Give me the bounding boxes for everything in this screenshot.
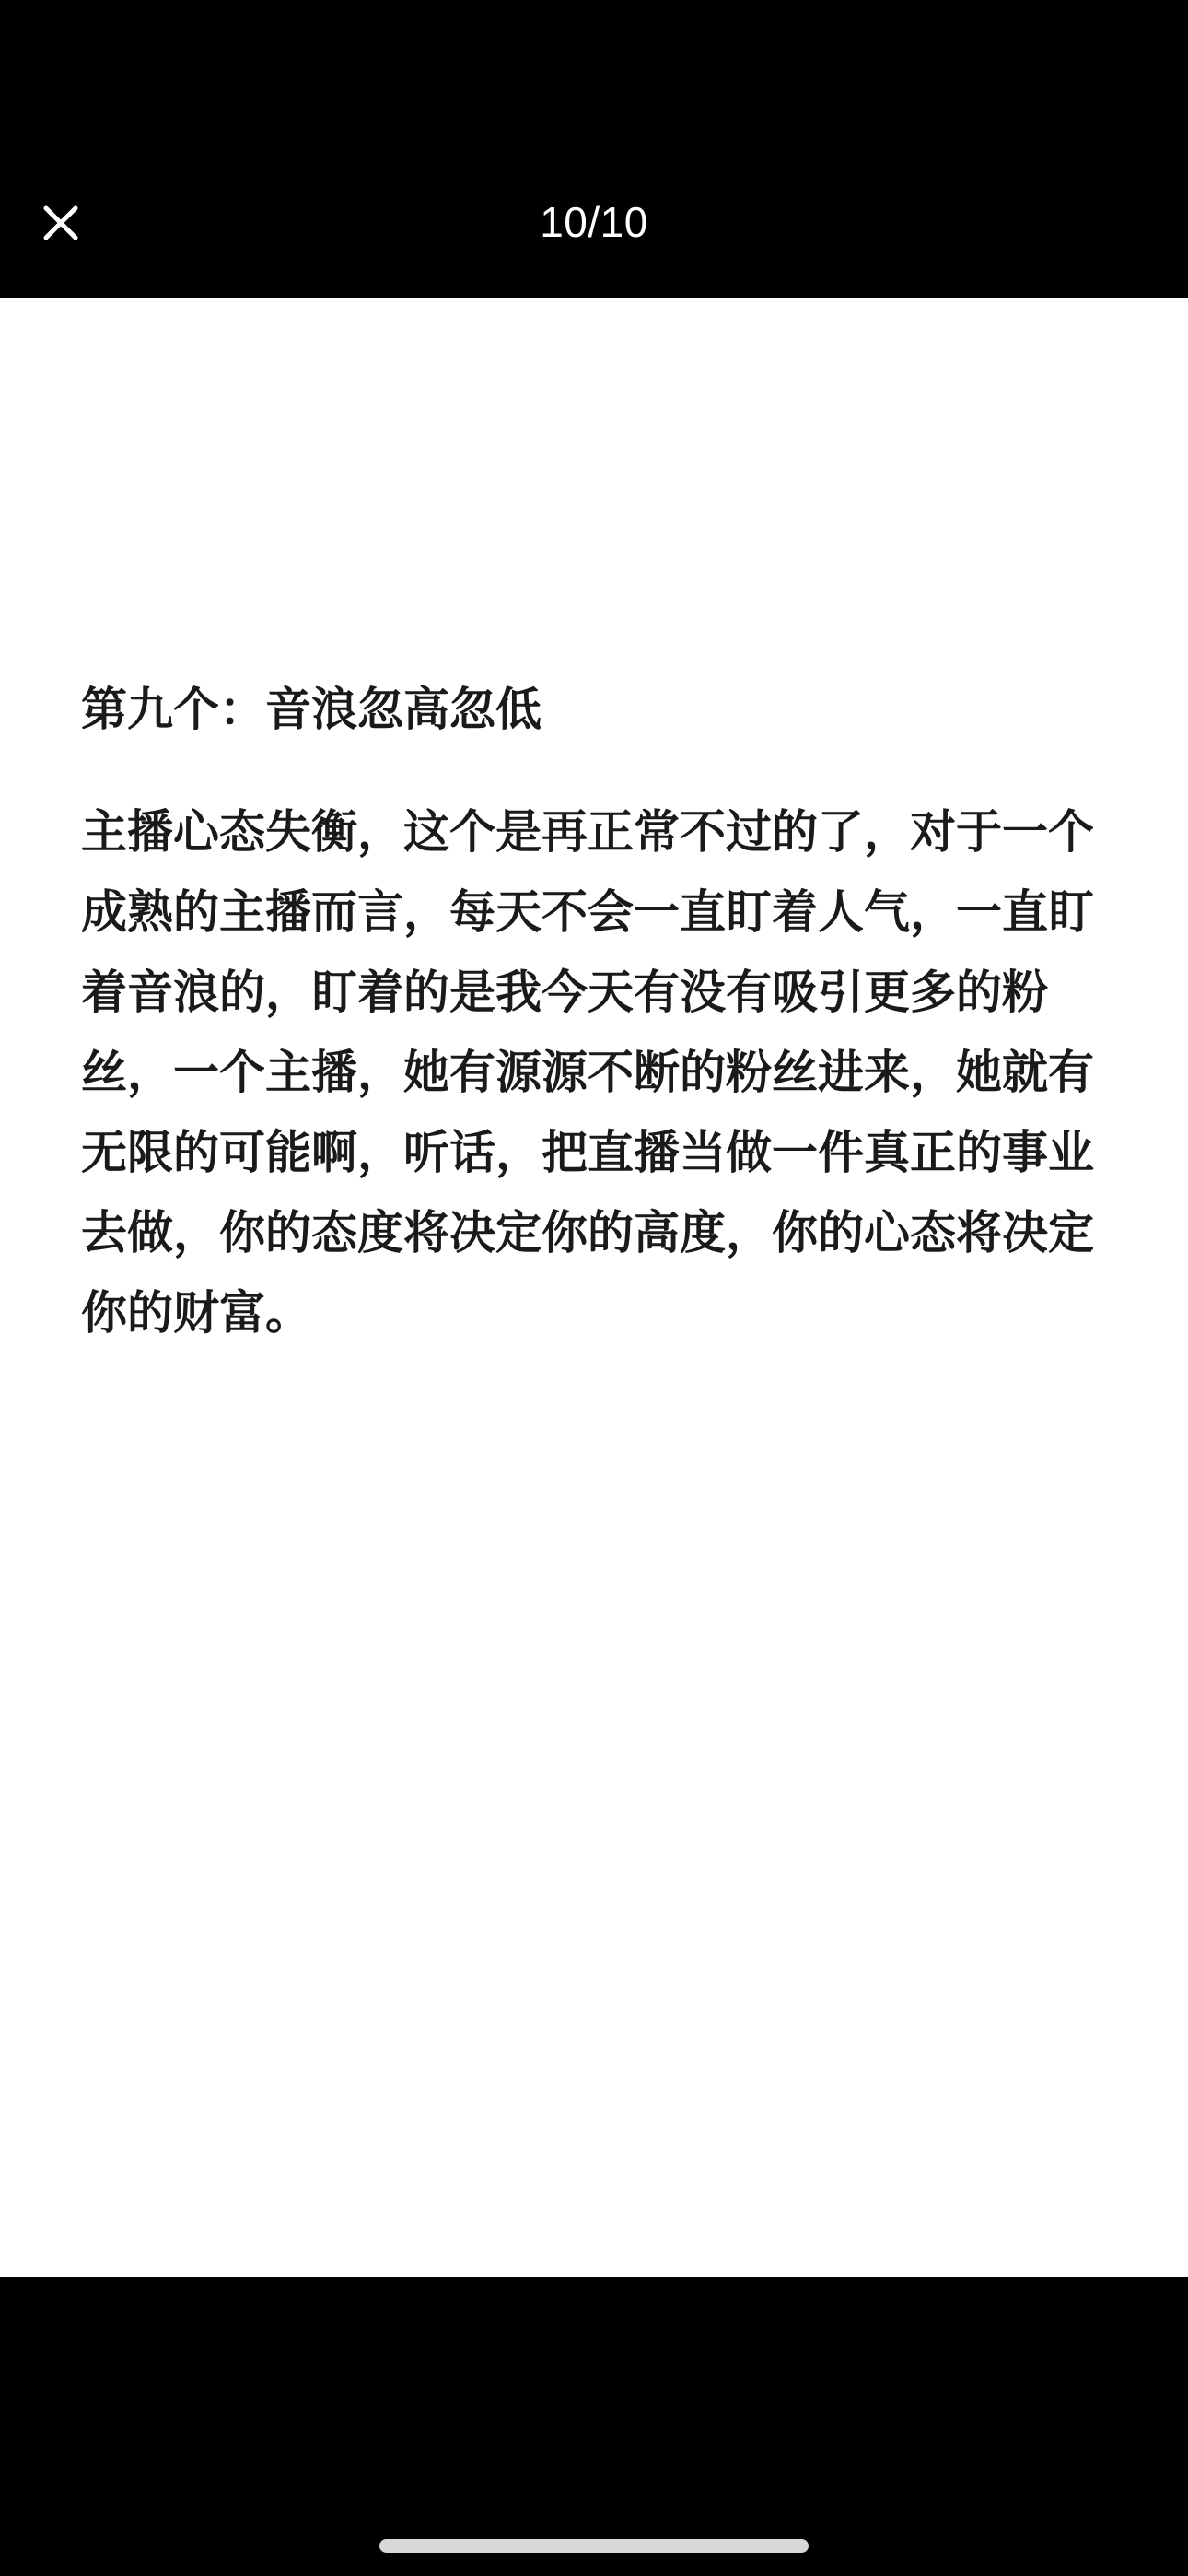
body-line: 你的财富。 bbox=[81, 1273, 1112, 1353]
home-indicator[interactable] bbox=[379, 2539, 809, 2553]
body-line: 去做，你的态度将决定你的高度，你的心态将决定 bbox=[81, 1193, 1112, 1273]
document-page: 第九个：音浪忽高忽低 主播心态失衡，这个是再正常不过的了，对于一个 成熟的主播而… bbox=[0, 298, 1188, 2277]
body-text: 主播心态失衡，这个是再正常不过的了，对于一个 成熟的主播而言，每天不会一直盯着人… bbox=[81, 792, 1112, 1353]
viewer-header: 10/10 bbox=[0, 0, 1188, 298]
page-indicator: 10/10 bbox=[0, 196, 1188, 248]
page-title: 第九个：音浪忽高忽低 bbox=[81, 670, 542, 750]
image-viewer-screen: 10/10 第九个：音浪忽高忽低 主播心态失衡，这个是再正常不过的了，对于一个 … bbox=[0, 0, 1188, 2576]
body-line: 着音浪的，盯着的是我今天有没有吸引更多的粉 bbox=[81, 953, 1112, 1033]
body-line: 成熟的主播而言，每天不会一直盯着人气，一直盯 bbox=[81, 872, 1112, 953]
body-line: 主播心态失衡，这个是再正常不过的了，对于一个 bbox=[81, 792, 1112, 872]
body-line: 无限的可能啊，听话，把直播当做一件真正的事业 bbox=[81, 1113, 1112, 1193]
body-line: 丝，一个主播，她有源源不断的粉丝进来，她就有 bbox=[81, 1033, 1112, 1113]
bottom-bar bbox=[0, 2277, 1188, 2576]
